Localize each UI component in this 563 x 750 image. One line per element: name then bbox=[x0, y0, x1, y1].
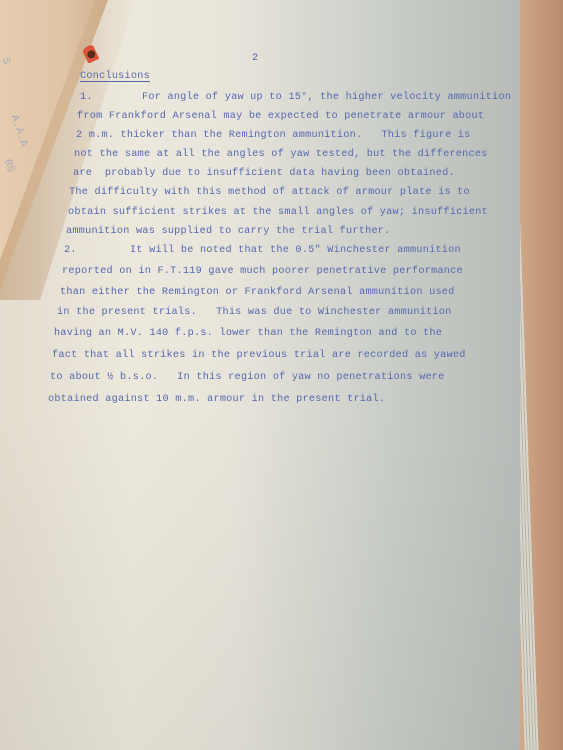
paragraph-line: ammunition was supplied to carry the tri… bbox=[66, 226, 391, 237]
paragraph-number: 1. bbox=[80, 92, 93, 103]
paragraph-line: For angle of yaw up to 15°, the higher v… bbox=[142, 92, 511, 103]
paragraph-line: It will be noted that the 0.5" Wincheste… bbox=[130, 245, 461, 256]
paragraph-line: obtained against 10 m.m. armour in the p… bbox=[48, 394, 385, 405]
paragraph-line: obtain sufficient strikes at the small a… bbox=[68, 207, 488, 218]
paragraph-line: having an M.V. 140 f.p.s. lower than the… bbox=[54, 328, 442, 339]
paragraph-line: 2 m.m. thicker than the Remington ammuni… bbox=[76, 130, 471, 141]
section-heading: Conclusions bbox=[80, 71, 150, 82]
paragraph-line: than either the Remington or Frankford A… bbox=[60, 287, 455, 298]
paragraph-line: fact that all strikes in the previous tr… bbox=[52, 350, 466, 361]
paragraph-line: not the same at all the angles of yaw te… bbox=[74, 149, 488, 160]
page-number: 2 bbox=[252, 53, 258, 64]
paragraph-line: The difficulty with this method of attac… bbox=[69, 187, 470, 198]
paragraph-line: are probably due to insufficient data ha… bbox=[73, 168, 455, 179]
paragraph-line: to about ½ b.s.o. In this region of yaw … bbox=[50, 372, 445, 383]
paragraph-line: from Frankford Arsenal may be expected t… bbox=[77, 111, 484, 122]
paragraph-number: 2. bbox=[64, 245, 77, 256]
paragraph-line: in the present trials. This was due to W… bbox=[57, 307, 452, 318]
paragraph-line: reported on in F.T.119 gave much poorer … bbox=[62, 266, 463, 277]
typed-text: 2 Conclusions 1. For angle of yaw up to … bbox=[0, 0, 563, 750]
